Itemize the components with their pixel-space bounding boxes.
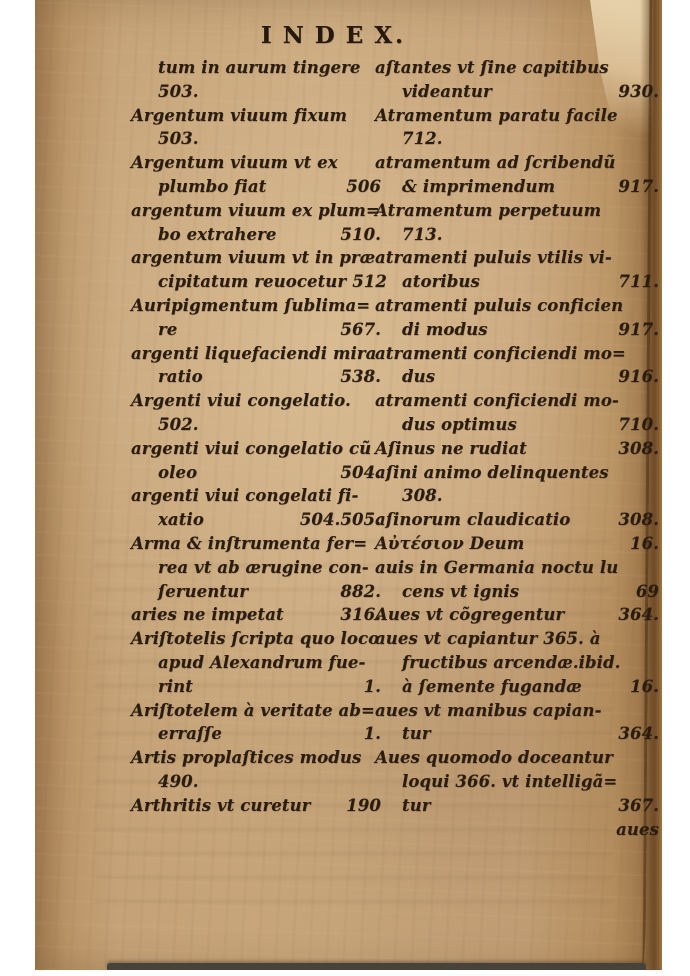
entry-page-number: 567. xyxy=(334,318,381,342)
index-line: plumbo fiat506 xyxy=(131,175,381,199)
entry-text: auis in Germania noctu lu xyxy=(375,556,618,580)
entry-text: atoribus xyxy=(402,270,480,294)
index-line: re567. xyxy=(131,318,381,342)
entry-text: Argentum viuum vt ex xyxy=(131,151,338,175)
entry-text: aſini animo delinquentes xyxy=(375,461,609,485)
entry-text: Arma & inſtrumenta fer= xyxy=(131,532,367,556)
index-line: Auripigmentum ſublima= xyxy=(131,294,381,318)
entry-text: 502. xyxy=(158,413,199,437)
entry-text: 308. xyxy=(402,484,443,508)
entry-text: Ariſtotelem à veritate ab= xyxy=(131,699,375,723)
entry-text: cipitatum reuocetur xyxy=(158,270,346,294)
index-line: atramenti puluis vtilis vi- xyxy=(375,246,659,270)
index-line: Atramentum perpetuum xyxy=(375,199,659,223)
entry-page-number: aues xyxy=(610,818,659,842)
index-line: argentum viuum ex plum= xyxy=(131,199,381,223)
entry-text: aries ne impetat xyxy=(131,603,284,627)
entry-text: aſtantes vt ſine capitibus xyxy=(375,56,609,80)
index-line: 713. xyxy=(375,223,659,247)
entry-text: argenti liquefaciendi mira xyxy=(131,342,376,366)
page-title: I N D E X. xyxy=(35,22,632,49)
entry-text: dus xyxy=(402,365,435,389)
entry-text: Arthritis vt curetur xyxy=(131,794,311,818)
entry-page-number: 364. xyxy=(612,722,659,746)
entry-text: videantur xyxy=(402,80,492,104)
entry-text: & imprimendum xyxy=(402,175,555,199)
entry-page-number: 538. xyxy=(334,365,381,389)
entry-page-number: 69 xyxy=(630,580,659,604)
index-line: Αὐτέσιον Deum16. xyxy=(375,532,659,556)
entry-page-number: 916. xyxy=(612,365,659,389)
index-line: Arthritis vt curetur190 xyxy=(131,794,381,818)
index-line: aues xyxy=(375,818,659,842)
entry-text: erraſſe xyxy=(158,722,222,746)
index-line: Argentum viuum fixum xyxy=(131,104,381,128)
entry-text: 712. xyxy=(402,127,443,151)
entry-page-number: 882. xyxy=(334,580,381,604)
entry-page-number: 504. xyxy=(334,461,381,485)
entry-text: dus optimus xyxy=(402,413,517,437)
entry-text: loqui 366. vt intelligã= xyxy=(402,770,617,794)
entry-text: oleo xyxy=(158,461,197,485)
index-line: Argenti viui congelatio. xyxy=(131,389,381,413)
index-line: Atramentum paratu facile xyxy=(375,104,659,128)
index-line: aſinorum claudicatio308. xyxy=(375,508,659,532)
index-line: 503. xyxy=(131,80,381,104)
index-line: tur367. xyxy=(375,794,659,818)
entry-page-number: 16. xyxy=(624,675,659,699)
entry-text: cens vt ignis xyxy=(402,580,519,604)
index-line: dus optimus710. xyxy=(375,413,659,437)
entry-text: xatio xyxy=(158,508,204,532)
index-line: bo extrahere510. xyxy=(131,223,381,247)
index-line: atramentum ad ſcribendũ xyxy=(375,151,659,175)
index-line: & imprimendum917. xyxy=(375,175,659,199)
index-line: à ſemente fugandæ16. xyxy=(375,675,659,699)
entry-text: atramenti conficiendi mo- xyxy=(375,389,619,413)
index-line: loqui 366. vt intelligã= xyxy=(375,770,659,794)
entry-page-number: 917. xyxy=(612,175,659,199)
entry-text: rea vt ab ærugine con- xyxy=(158,556,369,580)
index-line: 503. xyxy=(131,127,381,151)
entry-page-number: 316. xyxy=(334,603,381,627)
entry-text: fructibus arcendæ.ibid. xyxy=(402,651,621,675)
entry-page-number: 364. xyxy=(612,603,659,627)
entry-text: tur xyxy=(402,722,431,746)
entry-text: tur xyxy=(402,794,431,818)
entry-text: 490. xyxy=(158,770,199,794)
index-line: 502. xyxy=(131,413,381,437)
index-line: tur364. xyxy=(375,722,659,746)
index-line: 712. xyxy=(375,127,659,151)
index-line: auis in Germania noctu lu xyxy=(375,556,659,580)
index-line: 308. xyxy=(375,484,659,508)
index-line: tum in aurum tingere xyxy=(131,56,381,80)
entry-text: argentum viuum vt in præ xyxy=(131,246,375,270)
entry-text: Artis proplaſtices modus xyxy=(131,746,361,770)
entry-page-number: 308. xyxy=(612,508,659,532)
index-line: Ariſtotelem à veritate ab= xyxy=(131,699,381,723)
index-line: cipitatum reuocetur512 xyxy=(131,270,381,294)
entry-text: ratio xyxy=(158,365,203,389)
index-line: aſini animo delinquentes xyxy=(375,461,659,485)
index-line: ratio538. xyxy=(131,365,381,389)
book-page: I N D E X. tum in aurum tingere503.Argen… xyxy=(35,0,662,970)
entry-page-number: 711. xyxy=(612,270,659,294)
entry-text: atramenti conficiendi mo= xyxy=(375,342,626,366)
entry-text: di modus xyxy=(402,318,488,342)
entry-text: aues vt manibus capian- xyxy=(375,699,602,723)
index-line: Aſinus ne rudiat308. xyxy=(375,437,659,461)
index-line: Arma & inſtrumenta fer= xyxy=(131,532,381,556)
index-line: ſeruentur882. xyxy=(131,580,381,604)
index-line: Ariſtotelis ſcripta quo loco xyxy=(131,627,381,651)
index-line: atramenti conficiendi mo- xyxy=(375,389,659,413)
entry-text: Αὐτέσιον Deum xyxy=(375,532,524,556)
index-line: argenti viui congelatio cũ xyxy=(131,437,381,461)
entry-text: re xyxy=(158,318,177,342)
index-column-right: aſtantes vt ſine capitibusvideantur930.A… xyxy=(375,56,659,841)
index-line: aues vt manibus capian- xyxy=(375,699,659,723)
entry-text: tum in aurum tingere xyxy=(158,56,361,80)
entry-text: rint xyxy=(158,675,193,699)
page-bottom-edge xyxy=(107,963,646,970)
index-line: atramenti puluis conficien xyxy=(375,294,659,318)
index-line: di modus917. xyxy=(375,318,659,342)
entry-text: aſinorum claudicatio xyxy=(375,508,570,532)
entry-text: atramentum ad ſcribendũ xyxy=(375,151,615,175)
index-line: dus916. xyxy=(375,365,659,389)
entry-text: Ariſtotelis ſcripta quo loco xyxy=(131,627,379,651)
index-line: erraſſe1. xyxy=(131,722,381,746)
entry-text: Aues vt cõgregentur xyxy=(375,603,564,627)
entry-page-number: 308. xyxy=(612,437,659,461)
entry-text: Atramentum perpetuum xyxy=(375,199,601,223)
index-line: argenti viui congelati fi- xyxy=(131,484,381,508)
index-line: aries ne impetat316. xyxy=(131,603,381,627)
entry-text: atramenti puluis conficien xyxy=(375,294,623,318)
entry-text: Aſinus ne rudiat xyxy=(375,437,527,461)
entry-text: argentum viuum ex plum= xyxy=(131,199,380,223)
index-line: Argentum viuum vt ex xyxy=(131,151,381,175)
index-line: aſtantes vt ſine capitibus xyxy=(375,56,659,80)
index-line: argentum viuum vt in præ xyxy=(131,246,381,270)
index-line: aues vt capiantur 365. à xyxy=(375,627,659,651)
index-line: atoribus711. xyxy=(375,270,659,294)
index-line: Aues vt cõgregentur364. xyxy=(375,603,659,627)
entry-text: plumbo fiat xyxy=(158,175,266,199)
entry-page-number: 510. xyxy=(334,223,381,247)
entry-text: à ſemente fugandæ xyxy=(402,675,582,699)
index-line: apud Alexandrum fue- xyxy=(131,651,381,675)
entry-text: 503. xyxy=(158,80,199,104)
index-line: 490. xyxy=(131,770,381,794)
entry-text: ſeruentur xyxy=(158,580,248,604)
entry-text: Auripigmentum ſublima= xyxy=(131,294,370,318)
entry-text: Argentum viuum fixum xyxy=(131,104,347,128)
entry-text: aues vt capiantur 365. à xyxy=(375,627,600,651)
entry-text: Atramentum paratu facile xyxy=(375,104,618,128)
index-line: atramenti conficiendi mo= xyxy=(375,342,659,366)
entry-text: atramenti puluis vtilis vi- xyxy=(375,246,612,270)
index-line: rint1. xyxy=(131,675,381,699)
index-line: cens vt ignis69 xyxy=(375,580,659,604)
entry-page-number: 930. xyxy=(612,80,659,104)
entry-text: argenti viui congelati fi- xyxy=(131,484,358,508)
entry-text: 503. xyxy=(158,127,199,151)
index-line: argenti liquefaciendi mira xyxy=(131,342,381,366)
entry-text: argenti viui congelatio cũ xyxy=(131,437,371,461)
index-column-left: tum in aurum tingere503.Argentum viuum f… xyxy=(131,56,381,818)
scanned-book-page: I N D E X. tum in aurum tingere503.Argen… xyxy=(0,0,690,976)
entry-text: Argenti viui congelatio. xyxy=(131,389,351,413)
entry-page-number: 16. xyxy=(624,532,659,556)
index-line: videantur930. xyxy=(375,80,659,104)
index-line: oleo504. xyxy=(131,461,381,485)
entry-page-number: 367. xyxy=(612,794,659,818)
index-line: fructibus arcendæ.ibid. xyxy=(375,651,659,675)
entry-text: apud Alexandrum fue- xyxy=(158,651,365,675)
index-line: xatio504.505. xyxy=(131,508,381,532)
entry-page-number: 504.505. xyxy=(294,508,381,532)
entry-page-number: 917. xyxy=(612,318,659,342)
entry-text: Aues quomodo doceantur xyxy=(375,746,613,770)
entry-text: bo extrahere xyxy=(158,223,277,247)
index-line: Artis proplaſtices modus xyxy=(131,746,381,770)
index-line: Aues quomodo doceantur xyxy=(375,746,659,770)
entry-page-number: 710. xyxy=(612,413,659,437)
entry-text: 713. xyxy=(402,223,443,247)
index-line: rea vt ab ærugine con- xyxy=(131,556,381,580)
